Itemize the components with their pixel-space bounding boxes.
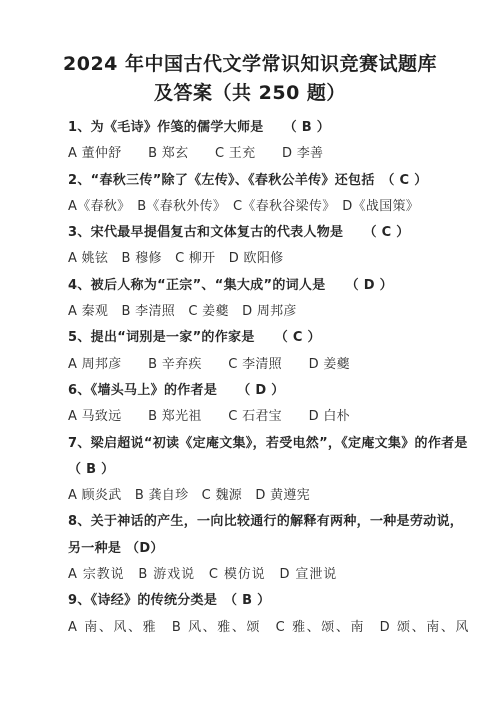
title-line-2: 及答案（共 250 题） (32, 79, 468, 108)
question-text-continued: 另一种是 （D） (68, 536, 470, 562)
question-text: 6、《墙头马上》的作者是 （ D ） (68, 378, 470, 404)
title-line-1: 2024 年中国古代文学常识知识竞赛试题库 (32, 50, 468, 79)
question-block-6: 6、《墙头马上》的作者是 （ D ） A 马致远 B 郑光祖 C 石君宝 D 白… (68, 378, 470, 431)
options-text: A 周邦彦 B 辛弃疾 C 李清照 D 姜夔 (68, 352, 470, 378)
document-page: 2024 年中国古代文学常识知识竞赛试题库 及答案（共 250 题） 1、为《毛… (0, 0, 500, 707)
question-text: 9、《诗经》的传统分类是 （ B ） (68, 588, 470, 614)
question-text: 5、提出“词别是一家”的作家是 （ C ） (68, 325, 470, 351)
question-text: 3、宋代最早提倡复古和文体复古的代表人物是 （ C ） (68, 220, 470, 246)
question-text-continued: （ B ） (68, 457, 470, 483)
question-block-3: 3、宋代最早提倡复古和文体复古的代表人物是 （ C ） A 姚铉 B 穆修 C … (68, 220, 470, 273)
question-text: 7、梁启超说“初读《定庵文集》，若受电然”，《定庵文集》的作者是 (68, 431, 470, 457)
options-text: A 宗教说 B 游戏说 C 模仿说 D 宣泄说 (68, 562, 470, 588)
options-text: A 顾炎武 B 龚自珍 C 魏源 D 黄遵宪 (68, 483, 470, 509)
document-title: 2024 年中国古代文学常识知识竞赛试题库 及答案（共 250 题） (32, 0, 468, 108)
question-block-9: 9、《诗经》的传统分类是 （ B ） A 南、风、雅 B 风、雅、颂 C 雅、颂… (68, 588, 470, 641)
options-text: A 董仲舒 B 郑玄 C 王充 D 李善 (68, 141, 470, 167)
question-text: 8、关于神话的产生，一向比较通行的解释有两种，一种是劳动说， (68, 509, 470, 535)
question-block-4: 4、被后人称为“正宗”、“集大成”的词人是 （ D ） A 秦观 B 李清照 C… (68, 273, 470, 326)
options-text: A 马致远 B 郑光祖 C 石君宝 D 白朴 (68, 404, 470, 430)
question-block-1: 1、为《毛诗》作笺的儒学大师是 （ B ） A 董仲舒 B 郑玄 C 王充 D … (68, 115, 470, 168)
options-text: A 姚铉 B 穆修 C 柳开 D 欧阳修 (68, 246, 470, 272)
question-text: 4、被后人称为“正宗”、“集大成”的词人是 （ D ） (68, 273, 470, 299)
options-text: A《春秋》 B《春秋外传》 C《春秋谷梁传》 D《战国策》 (68, 194, 470, 220)
options-text: A 秦观 B 李清照 C 姜夔 D 周邦彦 (68, 299, 470, 325)
question-text: 1、为《毛诗》作笺的儒学大师是 （ B ） (68, 115, 470, 141)
question-block-8: 8、关于神话的产生，一向比较通行的解释有两种，一种是劳动说， 另一种是 （D） … (68, 509, 470, 588)
question-block-5: 5、提出“词别是一家”的作家是 （ C ） A 周邦彦 B 辛弃疾 C 李清照 … (68, 325, 470, 378)
question-list: 1、为《毛诗》作笺的儒学大师是 （ B ） A 董仲舒 B 郑玄 C 王充 D … (68, 115, 470, 641)
options-text: A 南、风、雅 B 风、雅、颂 C 雅、颂、南 D 颂、南、风 (68, 615, 470, 641)
question-block-7: 7、梁启超说“初读《定庵文集》，若受电然”，《定庵文集》的作者是 （ B ） A… (68, 431, 470, 510)
question-text: 2、“春秋三传”除了《左传》、《春秋公羊传》还包括 （ C ） (68, 168, 470, 194)
question-block-2: 2、“春秋三传”除了《左传》、《春秋公羊传》还包括 （ C ） A《春秋》 B《… (68, 168, 470, 221)
